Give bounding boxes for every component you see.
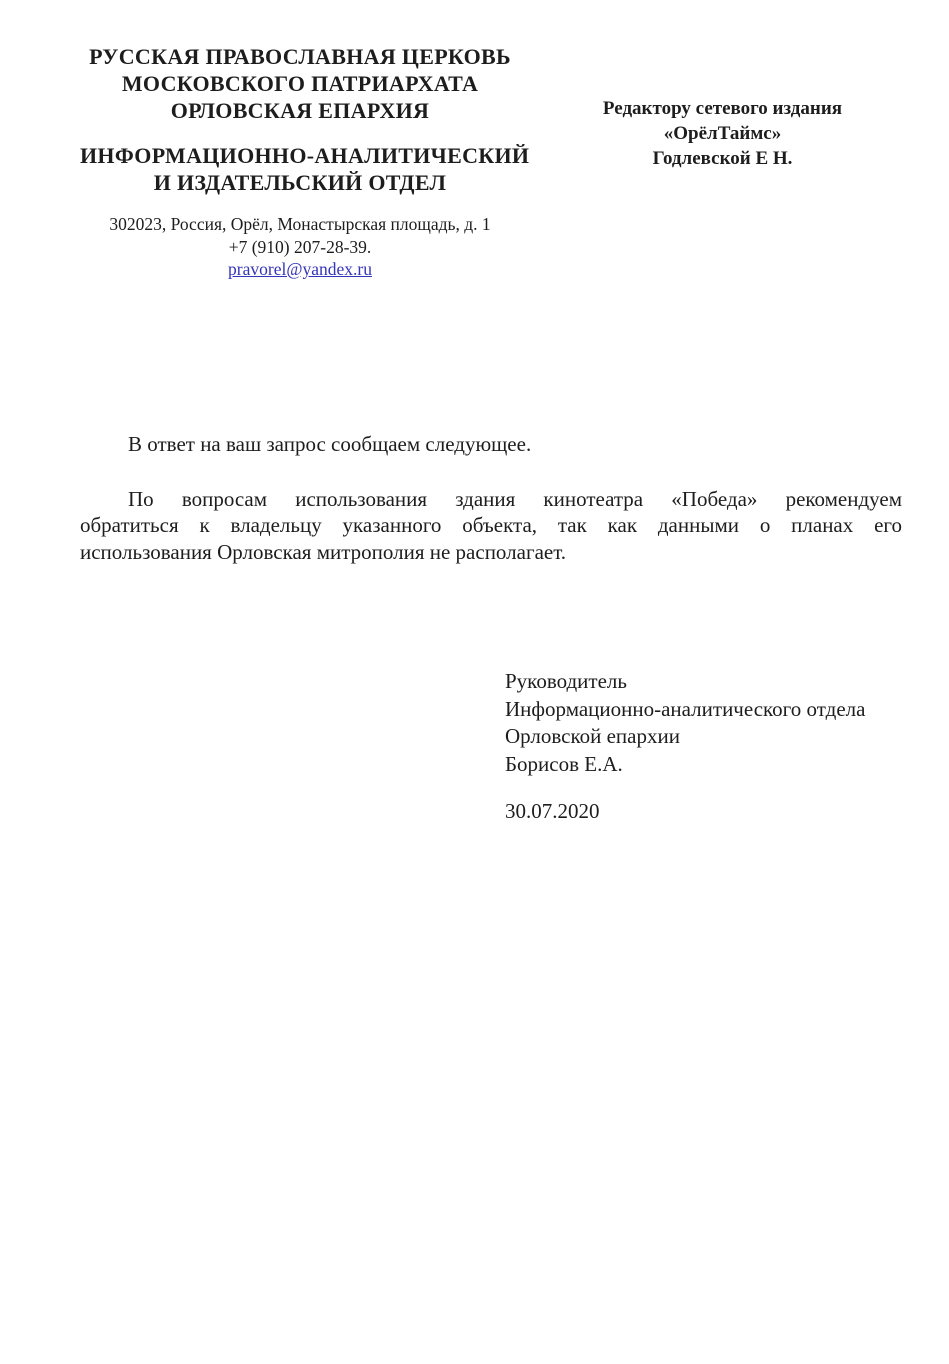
recipient-block: Редактору сетевого издания «ОрёлТаймс» Г… [575,96,870,171]
body-paragraph-2-line: использования Орловская митрополия не ра… [80,539,902,566]
body-paragraph-2-line: По вопросам использования здания кинотеа… [80,486,902,513]
body-paragraph-1: В ответ на ваш запрос сообщаем следующее… [80,431,902,458]
organization-line: РУССКАЯ ПРАВОСЛАВНАЯ ЦЕРКОВЬ [80,43,520,70]
organization-line: ОРЛОВСКАЯ ЕПАРХИЯ [80,97,520,124]
letterhead: РУССКАЯ ПРАВОСЛАВНАЯ ЦЕРКОВЬ МОСКОВСКОГО… [80,43,520,281]
recipient-line: «ОрёлТаймс» [575,121,870,146]
signature-name: Борисов Е.А. [505,751,905,779]
organization-line: МОСКОВСКОГО ПАТРИАРХАТА [80,70,520,97]
department-line: ИНФОРМАЦИОННО-АНАЛИТИЧЕСКИЙ [80,142,520,169]
body-paragraph-2: По вопросам использования здания кинотеа… [80,486,902,566]
signature-block: Руководитель Информационно-аналитическог… [505,668,905,826]
organization-name: РУССКАЯ ПРАВОСЛАВНАЯ ЦЕРКОВЬ МОСКОВСКОГО… [80,43,520,124]
department-name: ИНФОРМАЦИОННО-АНАЛИТИЧЕСКИЙ И ИЗДАТЕЛЬСК… [80,142,520,196]
letter-date: 30.07.2020 [505,798,905,826]
letter-document: РУССКАЯ ПРАВОСЛАВНАЯ ЦЕРКОВЬ МОСКОВСКОГО… [0,0,949,1364]
signature-eparchy: Орловской епархии [505,723,905,751]
body-paragraph-2-line: обратиться к владельцу указанного объект… [80,512,902,539]
postal-address: 302023, Россия, Орёл, Монастырская площа… [80,213,520,236]
phone-number: +7 (910) 207-28-39. [80,236,520,259]
contact-info: 302023, Россия, Орёл, Монастырская площа… [80,213,520,281]
letter-body: В ответ на ваш запрос сообщаем следующее… [80,431,902,565]
department-line: И ИЗДАТЕЛЬСКИЙ ОТДЕЛ [80,169,520,196]
recipient-line: Годлевской Е Н. [575,146,870,171]
signature-department: Информационно-аналитического отдела [505,696,905,724]
email-link[interactable]: pravorel@yandex.ru [228,259,372,279]
signature-title: Руководитель [505,668,905,696]
recipient-line: Редактору сетевого издания [575,96,870,121]
